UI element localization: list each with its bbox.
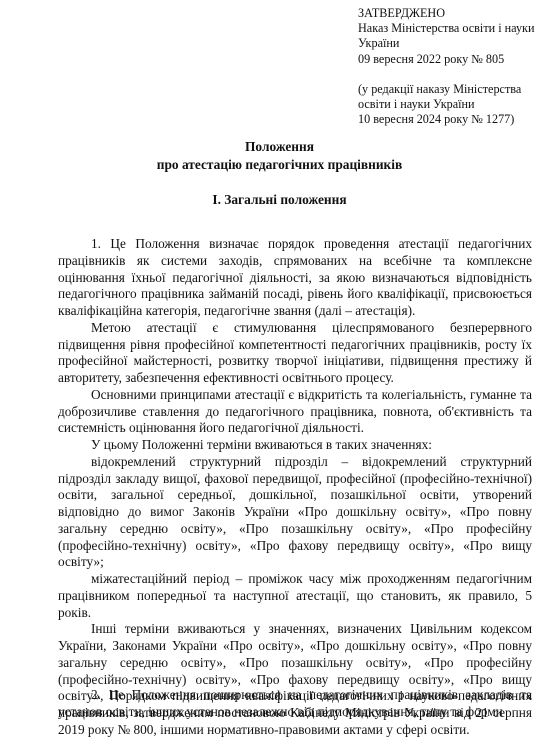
amendment-note-line-3: 10 вересня 2024 року № 1277): [358, 112, 553, 127]
paragraph-1: 1. Це Положення визначає порядок проведе…: [58, 236, 532, 320]
approval-order-date: 09 вересня 2022 року № 805: [358, 52, 553, 67]
document-subtitle: про атестацію педагогічних працівників: [0, 156, 559, 173]
section-2-body: 2. Це Положення поширюється на педагогіч…: [58, 687, 532, 721]
approval-order-issuer-cont: України: [358, 36, 553, 51]
paragraph-other-terms: Інші терміни вживаються у значеннях, виз…: [58, 621, 532, 738]
approval-label: ЗАТВЕРДЖЕНО: [358, 6, 553, 21]
paragraph-principles: Основними принципами атестації є відкрит…: [58, 387, 532, 437]
document-title: Положення: [0, 138, 559, 155]
approval-spacer: [358, 67, 553, 82]
paragraph-term-period: міжатестаційний період – проміжок часу м…: [58, 571, 532, 621]
paragraph-2: 2. Це Положення поширюється на педагогіч…: [58, 687, 532, 721]
approval-order-issuer: Наказ Міністерства освіти і науки: [358, 21, 553, 36]
paragraph-term-subdivision: відокремлений структурний підрозділ – ві…: [58, 454, 532, 571]
paragraph-purpose: Метою атестації є стимулювання цілеспрям…: [58, 320, 532, 387]
paragraph-terms-intro: У цьому Положенні терміни вживаються в т…: [58, 437, 532, 454]
section-1-body: 1. Це Положення визначає порядок проведе…: [58, 236, 532, 739]
approval-stamp: ЗАТВЕРДЖЕНО Наказ Міністерства освіти і …: [358, 6, 553, 128]
amendment-note-line-2: освіти і науки України: [358, 97, 553, 112]
amendment-note-line-1: (у редакції наказу Міністерства: [358, 82, 553, 97]
section-heading: I. Загальні положення: [0, 191, 559, 208]
